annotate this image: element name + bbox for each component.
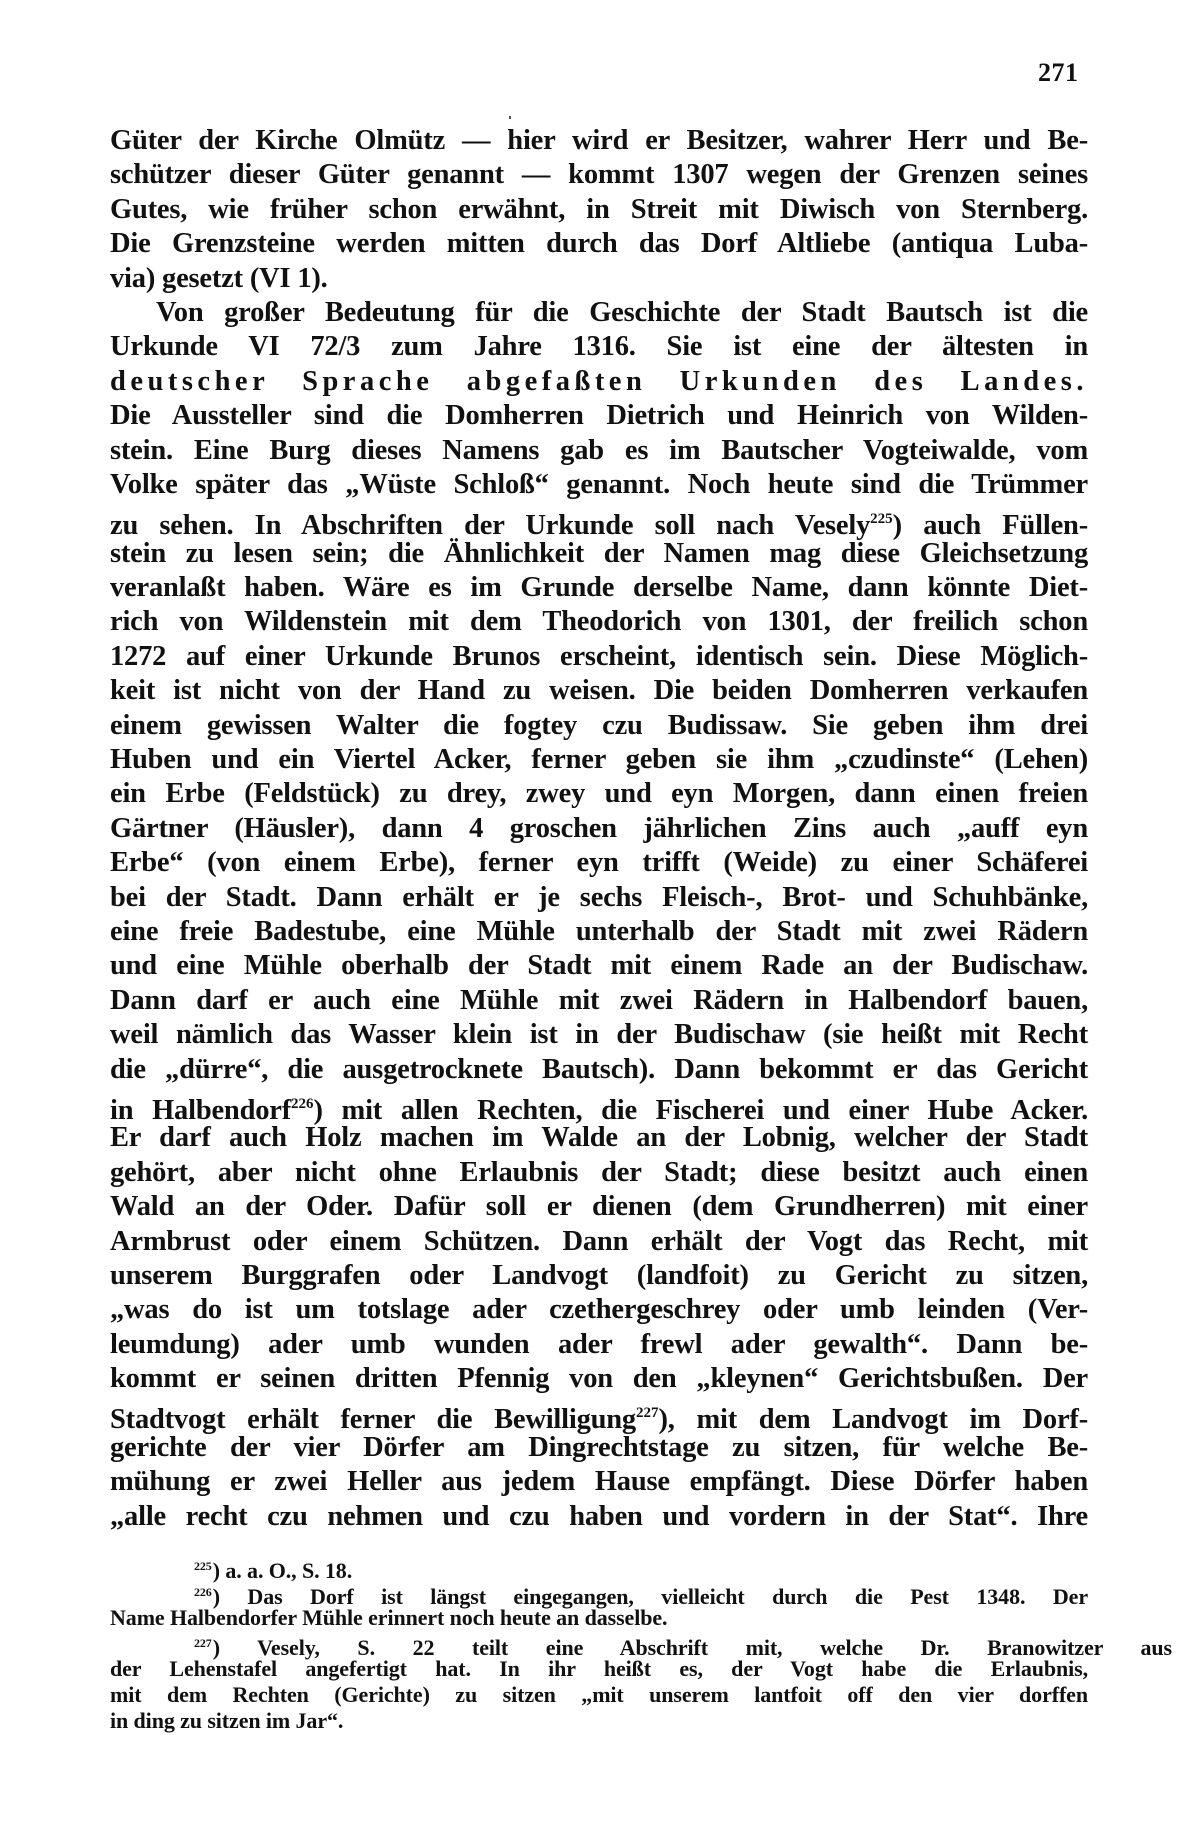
text-line: Stadtvogt erhält ferner die Bewilligung2…	[110, 1396, 1088, 1430]
paragraph-2: Von großer Bedeutung für die Geschichte …	[110, 296, 1088, 1534]
text-line: leumdung) ader umb wunden ader frewl ade…	[110, 1328, 1088, 1362]
text-line: unserem Burggrafen oder Landvogt (landfo…	[110, 1259, 1088, 1293]
text-line: zu sehen. In Abschriften der Urkunde sol…	[110, 502, 1088, 536]
footnote-line: 227) Vesely, S. 22 teilt eine Abschrift …	[110, 1631, 1172, 1657]
text-line: rich von Wildenstein mit dem Theodorich …	[110, 605, 1088, 639]
footnote-line: der Lehenstafel angefertigt hat. In ihr …	[110, 1656, 1088, 1682]
text-line: Die Aussteller sind die Domherren Dietri…	[110, 399, 1088, 433]
text-line: kommt er seinen dritten Pfennig von den …	[110, 1362, 1088, 1396]
text-line: keit ist nicht von der Hand zu weisen. D…	[110, 674, 1088, 708]
text-line: bei der Stadt. Dann erhält er je sechs F…	[110, 881, 1088, 915]
paragraph-1: Güter der Kirche Olmütz — hier wird er B…	[110, 124, 1088, 296]
page-number: 271	[1038, 58, 1079, 88]
footnote-line: in ding zu sitzen im Jar“.	[110, 1708, 1088, 1734]
emphasized-text-line: deutscher Sprache abgefaßten Urkunden de…	[110, 365, 1088, 399]
text-segment: ), mit dem Landvogt im Dorf-	[658, 1404, 1088, 1435]
footnote-227: 227) Vesely, S. 22 teilt eine Abschrift …	[110, 1631, 1088, 1733]
text-line: Erbe“ (von einem Erbe), ferner eyn triff…	[110, 846, 1088, 880]
text-line: Dann darf er auch eine Mühle mit zwei Rä…	[110, 984, 1088, 1018]
text-line: Volke später das „Wüste Schloß“ genannt.…	[110, 468, 1088, 502]
footnote-line: Name Halbendorfer Mühle erinnert noch he…	[110, 1605, 1088, 1631]
text-line: Güter der Kirche Olmütz — hier wird er B…	[110, 124, 1088, 158]
text-line: schützer dieser Güter genannt — kommt 13…	[110, 158, 1088, 192]
text-line: gehört, aber nicht ohne Erlaubnis der St…	[110, 1156, 1088, 1190]
text-line: eine freie Badestube, eine Mühle unterha…	[110, 915, 1088, 949]
footnote-line: 225) a. a. O., S. 18.	[110, 1554, 1088, 1580]
footnote-mark: 225	[194, 1559, 212, 1573]
text-line: „alle recht czu nehmen und czu haben und…	[110, 1500, 1088, 1534]
text-line: Die Grenzsteine werden mitten durch das …	[110, 227, 1088, 261]
text-line: ein Erbe (Feldstück) zu drey, zwey und e…	[110, 777, 1088, 811]
body-text: Güter der Kirche Olmütz — hier wird er B…	[110, 124, 1088, 1534]
footnote-mark: 227	[194, 1636, 212, 1650]
text-line: stein zu lesen sein; die Ähnlichkeit der…	[110, 537, 1088, 571]
text-line: Urkunde VI 72/3 zum Jahre 1316. Sie ist …	[110, 330, 1088, 364]
text-line: Huben und ein Viertel Acker, ferner gebe…	[110, 743, 1088, 777]
text-line: mühung er zwei Heller aus jedem Hause em…	[110, 1465, 1088, 1499]
text-line: Von großer Bedeutung für die Geschichte …	[110, 296, 1088, 330]
footnote-226: 226) Das Dorf ist längst eingegangen, vi…	[110, 1580, 1088, 1631]
text-line: Wald an der Oder. Dafür soll er dienen (…	[110, 1190, 1088, 1224]
footnote-mark: 226	[194, 1585, 212, 1599]
footnote-text: Vesely, S. 22 teilt eine Abschrift mit, …	[257, 1635, 1172, 1660]
text-line: Er darf auch Holz machen im Walde an der…	[110, 1121, 1088, 1155]
text-line: stein. Eine Burg dieses Namens gab es im…	[110, 434, 1088, 468]
text-segment: Stadtvogt erhält ferner die Bewilligung	[110, 1404, 636, 1435]
footnote-ref-225[interactable]: 225	[870, 511, 893, 527]
text-line: die „dürre“, die ausgetrocknete Bautsch)…	[110, 1053, 1088, 1087]
footnote-line: 226) Das Dorf ist längst eingegangen, vi…	[110, 1580, 1088, 1606]
text-line: 1272 auf einer Urkunde Brunos erscheint,…	[110, 640, 1088, 674]
text-line: gerichte der vier Dörfer am Dingrechtsta…	[110, 1431, 1088, 1465]
text-line: in Halbendorf226) mit allen Rechten, die…	[110, 1087, 1088, 1121]
text-line: Armbrust oder einem Schützen. Dann erhäl…	[110, 1225, 1088, 1259]
footnotes: 225) a. a. O., S. 18. 226) Das Dorf ist …	[110, 1554, 1088, 1733]
text-line: weil nämlich das Wasser klein ist in der…	[110, 1018, 1088, 1052]
text-line: veranlaßt haben. Wäre es im Grunde derse…	[110, 571, 1088, 605]
scan-speck	[509, 116, 511, 119]
text-line: „was do ist um totslage ader czethergesc…	[110, 1293, 1088, 1327]
text-line: einem gewissen Walter die fogtey czu Bud…	[110, 709, 1088, 743]
text-line: Gärtner (Häusler), dann 4 groschen jährl…	[110, 812, 1088, 846]
footnote-line: mit dem Rechten (Gerichte) zu sitzen „mi…	[110, 1682, 1088, 1708]
text-line: via) gesetzt (VI 1).	[110, 262, 1088, 296]
footnote-ref-226[interactable]: 226	[291, 1096, 314, 1112]
text-line: und eine Mühle oberhalb der Stadt mit ei…	[110, 949, 1088, 983]
text-line: Gutes, wie früher schon erwähnt, in Stre…	[110, 193, 1088, 227]
footnote-225: 225) a. a. O., S. 18.	[110, 1554, 1088, 1580]
footnote-ref-227[interactable]: 227	[636, 1405, 659, 1421]
